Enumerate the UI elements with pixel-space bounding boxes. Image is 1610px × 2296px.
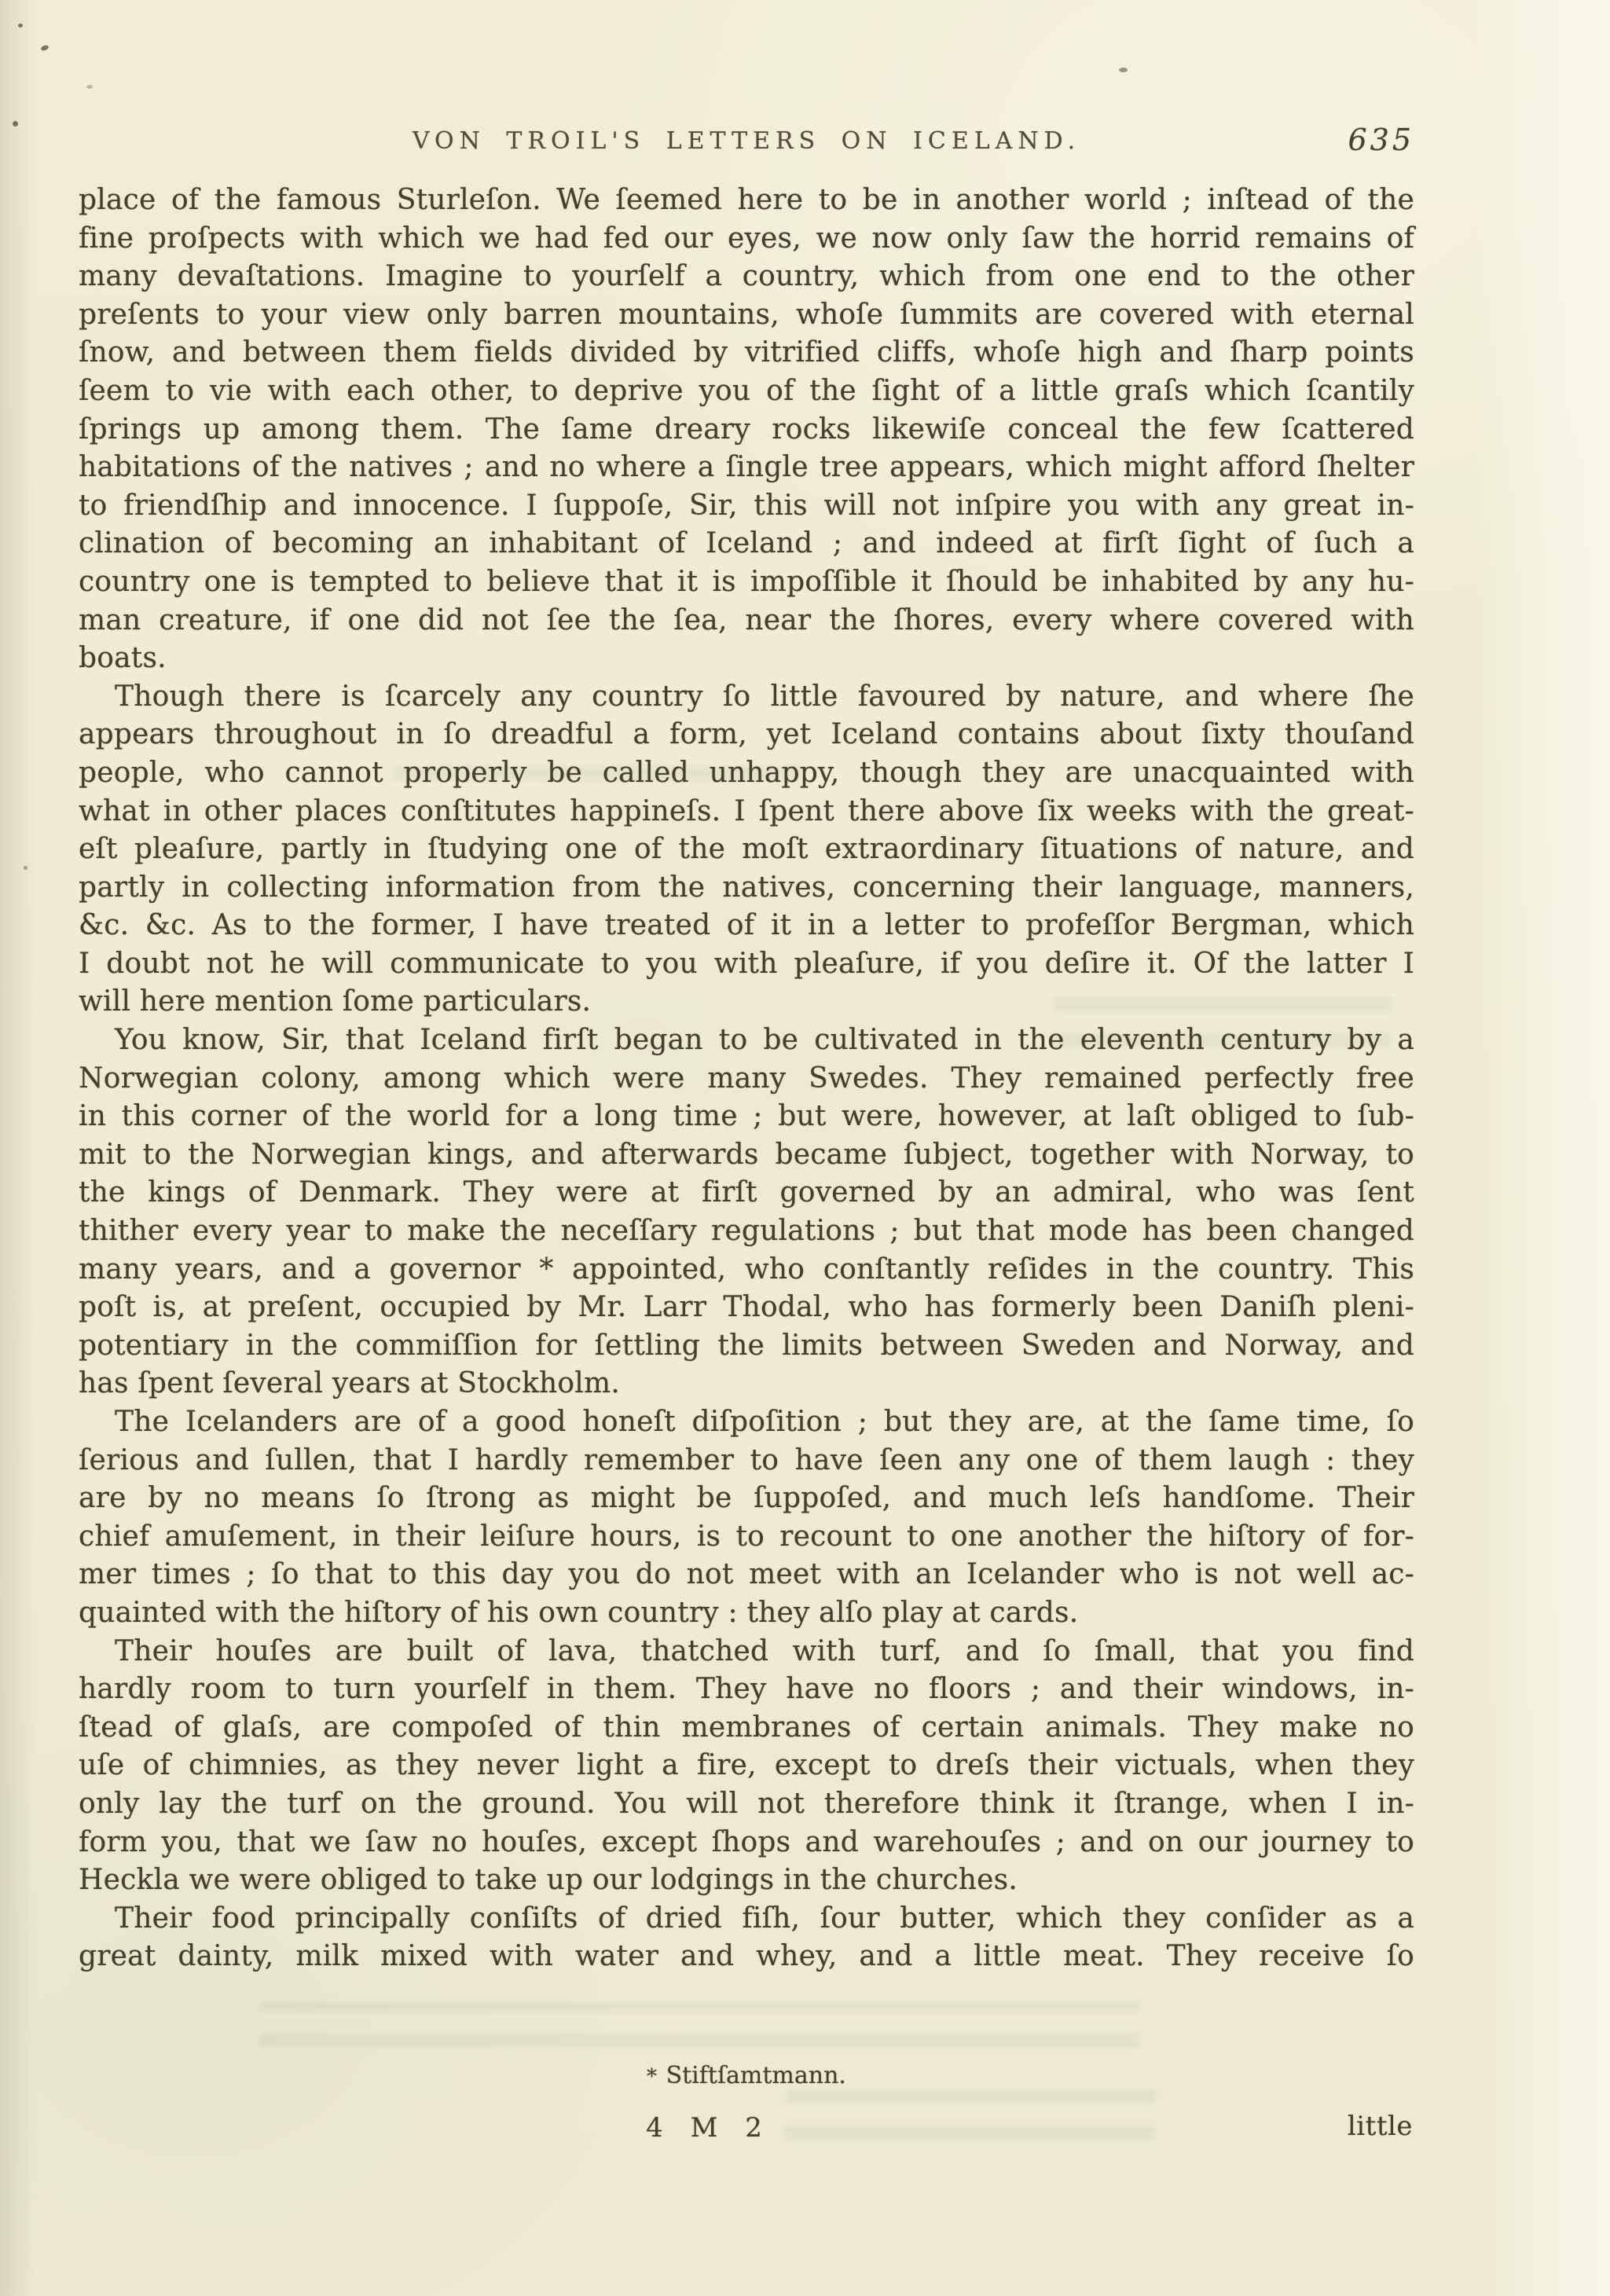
footnote-marker: * — [647, 2065, 658, 2089]
text-line: ſerious and ſullen, that I hardly rememb… — [79, 1442, 1414, 1480]
signature-mark: 4 M 2 — [41, 2112, 1377, 2144]
catchword: little — [1348, 2111, 1413, 2142]
text-line: to friendſhip and innocence. I ſuppoſe, … — [79, 487, 1414, 526]
text-line: poſt is, at preſent, occupied by Mr. Lar… — [79, 1289, 1414, 1327]
text-line: the kings of Denmark. They were at firſt… — [79, 1174, 1414, 1212]
text-line: many years, and a governor * appointed, … — [79, 1251, 1414, 1289]
text-line: has ſpent ſeveral years at Stockholm. — [79, 1365, 1414, 1403]
book-page: VON TROIL'S LETTERS ON ICELAND. 635 plac… — [0, 0, 1610, 2296]
text-line: are by no means ſo ſtrong as might be ſu… — [79, 1480, 1414, 1518]
footnote: * Stiftſamtmann. — [79, 2062, 1414, 2089]
text-line: uſe of chimnies, as they never light a f… — [79, 1747, 1414, 1785]
running-header: VON TROIL'S LETTERS ON ICELAND. 635 — [79, 127, 1414, 174]
text-line: mit to the Norwegian kings, and afterwar… — [79, 1136, 1414, 1175]
text-line: mer times ; ſo that to this day you do n… — [79, 1556, 1414, 1594]
text-line: partly in collecting information from th… — [79, 869, 1414, 908]
text-line: man creature, if one did not ſee the ſea… — [79, 602, 1414, 640]
text-line: will here mention ſome particulars. — [79, 983, 1414, 1021]
text-line: ſprings up among them. The ſame dreary r… — [79, 411, 1414, 449]
text-line: Their food principally conſiſts of dried… — [79, 1900, 1414, 1938]
paper-speck — [24, 866, 28, 870]
text-line: I doubt not he will communicate to you w… — [79, 945, 1414, 984]
text-line: place of the famous Sturleſon. We ſeemed… — [79, 182, 1414, 220]
text-line: Though there is ſcarcely any country ſo … — [79, 678, 1414, 717]
text-line: many devaſtations. Imagine to yourſelf a… — [79, 258, 1414, 296]
text-line: what in other places conſtitutes happine… — [79, 793, 1414, 831]
text-line: &c. &c. As to the former, I have treated… — [79, 907, 1414, 945]
text-line: habitations of the natives ; and no wher… — [79, 449, 1414, 487]
text-line: country one is tempted to believe that i… — [79, 563, 1414, 602]
text-line: boats. — [79, 640, 1414, 678]
text-line: only lay the turf on the ground. You wil… — [79, 1785, 1414, 1824]
text-line: preſents to your view only barren mounta… — [79, 296, 1414, 335]
text-line: hardly room to turn yourſelf in them. Th… — [79, 1671, 1414, 1709]
text-line: Their houſes are built of lava, thatched… — [79, 1633, 1414, 1671]
text-line: ſtead of glaſs, are compoſed of thin mem… — [79, 1709, 1414, 1748]
text-line: form you, that we ſaw no houſes, except … — [79, 1824, 1414, 1862]
page-footer: 4 M 2 little — [79, 2112, 1414, 2159]
text-line: Heckla we were obliged to take up our lo… — [79, 1861, 1414, 1900]
page-edge-shading-right — [1476, 0, 1610, 2296]
text-line: fine proſpects with which we had fed our… — [79, 220, 1414, 259]
text-line: ſnow, and between them fields divided by… — [79, 334, 1414, 372]
show-through-smudge — [259, 2002, 1140, 2057]
text-line: thither every year to make the neceſſary… — [79, 1212, 1414, 1251]
text-line: The Icelanders are of a good honeſt diſp… — [79, 1403, 1414, 1442]
paper-speck — [18, 24, 23, 28]
text-line: clination of becoming an inhabitant of I… — [79, 525, 1414, 563]
text-line: quainted with the hiſtory of his own cou… — [79, 1594, 1414, 1633]
page-number: 635 — [1348, 123, 1414, 157]
text-line: appears throughout in ſo dreadful a form… — [79, 716, 1414, 754]
paper-speck — [1119, 68, 1128, 72]
paper-speck — [13, 121, 18, 127]
running-header-title: VON TROIL'S LETTERS ON ICELAND. — [79, 127, 1414, 155]
page-edge-shading-left — [0, 0, 36, 2296]
text-line: great dainty, milk mixed with water and … — [79, 1938, 1414, 1976]
text-line: ſeem to vie with each other, to deprive … — [79, 372, 1414, 411]
text-line: You know, Sir, that Iceland firſt began … — [79, 1021, 1414, 1060]
text-line: in this corner of the world for a long t… — [79, 1098, 1414, 1136]
text-line: potentiary in the commiſſion for ſettlin… — [79, 1327, 1414, 1366]
text-line: chief amuſement, in their leiſure hours,… — [79, 1518, 1414, 1557]
text-line: Norwegian colony, among which were many … — [79, 1060, 1414, 1098]
page-text: place of the famous Sturleſon. We ſeemed… — [79, 182, 1414, 1976]
paper-speck — [40, 44, 49, 51]
footnote-text: Stiftſamtmann. — [666, 2062, 846, 2089]
paper-speck — [86, 85, 93, 89]
text-line: people, who cannot properly be called un… — [79, 754, 1414, 793]
text-line: eſt pleaſure, partly in ſtudying one of … — [79, 831, 1414, 869]
